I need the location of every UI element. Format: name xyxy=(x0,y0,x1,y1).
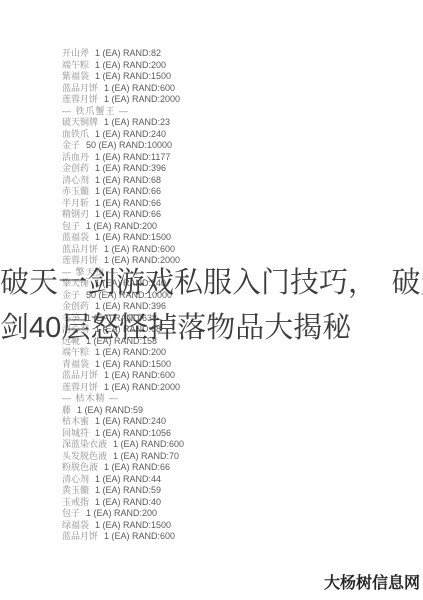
item-drop-value: 1 (EA) RAND:66 xyxy=(104,462,170,472)
item-drop-value: 1 (EA) RAND:240 xyxy=(95,129,166,139)
item-name: 藤 xyxy=(62,405,71,415)
article-page: 开山斧1 (EA) RAND:82端午粽1 (EA) RAND:200紫福袋1 … xyxy=(0,0,423,600)
item-drop-value: 1 (EA) RAND:59 xyxy=(77,405,143,415)
item-drop-value: 1 (EA) RAND:68 xyxy=(95,175,161,185)
drop-item-row: 蓝福袋1 (EA) RAND:1500 xyxy=(62,232,184,244)
item-name: 包子 xyxy=(62,221,80,231)
drop-item-row: 金子50 (EA) RAND:10000 xyxy=(62,140,184,152)
drop-item-row: 清心剂1 (EA) RAND:44 xyxy=(62,474,184,486)
item-drop-value: 1 (EA) RAND:66 xyxy=(95,186,161,196)
item-name: 蓝品月饼 xyxy=(62,83,98,93)
item-name: 活血丹 xyxy=(62,152,89,162)
item-drop-value: 1 (EA) RAND:2000 xyxy=(104,382,180,392)
drop-item-row: 蓝品月饼1 (EA) RAND:600 xyxy=(62,370,184,382)
drop-item-row: 精钢刃1 (EA) RAND:66 xyxy=(62,209,184,221)
drop-item-row: 破天铜牌1 (EA) RAND:23 xyxy=(62,117,184,129)
item-drop-value: 1 (EA) RAND:396 xyxy=(95,163,166,173)
monster-section-header: — 铁爪蟹王 — xyxy=(62,106,184,118)
drop-item-row: 活血丹1 (EA) RAND:1177 xyxy=(62,152,184,164)
drop-item-row: 开山斧1 (EA) RAND:82 xyxy=(62,48,184,60)
item-name: 青福袋 xyxy=(62,359,89,369)
item-drop-value: 1 (EA) RAND:44 xyxy=(95,474,161,484)
item-name: 精钢刃 xyxy=(62,209,89,219)
item-drop-value: 1 (EA) RAND:1500 xyxy=(95,359,171,369)
item-name: 金子 xyxy=(62,140,80,150)
item-name: 赤玉髓 xyxy=(62,186,89,196)
drop-item-row: 包子1 (EA) RAND:200 xyxy=(62,508,184,520)
article-title-line2: 剑40层怒怪掉落物品大揭秘 xyxy=(0,306,423,351)
item-drop-value: 1 (EA) RAND:2000 xyxy=(104,94,180,104)
item-drop-value: 1 (EA) RAND:200 xyxy=(86,508,157,518)
item-name: 深蓝染衣液 xyxy=(62,439,107,449)
item-name: 绿福袋 xyxy=(62,520,89,530)
item-drop-value: 1 (EA) RAND:200 xyxy=(95,60,166,70)
item-name: 开山斧 xyxy=(62,48,89,58)
drop-item-row: 粉脱色液1 (EA) RAND:66 xyxy=(62,462,184,474)
drop-item-row: 血铁爪1 (EA) RAND:240 xyxy=(62,129,184,141)
item-name: 头发脱色液 xyxy=(62,451,107,461)
drop-item-row: 青福袋1 (EA) RAND:1500 xyxy=(62,359,184,371)
item-drop-value: 1 (EA) RAND:600 xyxy=(113,439,184,449)
item-drop-value: 1 (EA) RAND:40 xyxy=(95,497,161,507)
item-drop-value: 1 (EA) RAND:66 xyxy=(95,209,161,219)
item-drop-value: 1 (EA) RAND:600 xyxy=(104,83,175,93)
item-name: 蓝品月饼 xyxy=(62,370,98,380)
drop-item-row: 赤玉髓1 (EA) RAND:66 xyxy=(62,186,184,198)
item-name: 莲蓉月饼 xyxy=(62,94,98,104)
drop-item-row: 包子1 (EA) RAND:200 xyxy=(62,221,184,233)
item-name: 粉脱色液 xyxy=(62,462,98,472)
item-drop-value: 1 (EA) RAND:59 xyxy=(95,485,161,495)
drop-item-row: 深蓝染衣液1 (EA) RAND:600 xyxy=(62,439,184,451)
item-name: 清心剂 xyxy=(62,175,89,185)
item-name: 蓝福袋 xyxy=(62,232,89,242)
item-drop-value: 1 (EA) RAND:1500 xyxy=(95,71,171,81)
item-drop-value: 1 (EA) RAND:1500 xyxy=(95,232,171,242)
item-name: 玉戒指 xyxy=(62,497,89,507)
item-drop-value: 1 (EA) RAND:82 xyxy=(95,48,161,58)
drop-item-row: 半月斩1 (EA) RAND:66 xyxy=(62,198,184,210)
drop-item-row: 紫福袋1 (EA) RAND:1500 xyxy=(62,71,184,83)
site-watermark: 大杨树信息网 xyxy=(324,570,420,593)
article-title-line1: 破天一剑游戏私服入门技巧， 破天一 xyxy=(0,261,423,306)
drop-item-row: 玉戒指1 (EA) RAND:40 xyxy=(62,497,184,509)
drop-item-row: 蓝品月饼1 (EA) RAND:600 xyxy=(62,83,184,95)
item-drop-value: 1 (EA) RAND:1056 xyxy=(95,428,171,438)
drop-item-row: 端午粽1 (EA) RAND:200 xyxy=(62,60,184,72)
drop-item-row: 莲蓉月饼1 (EA) RAND:2000 xyxy=(62,382,184,394)
item-name: 包子 xyxy=(62,508,80,518)
item-name: 黄玉髓 xyxy=(62,485,89,495)
item-drop-value: 1 (EA) RAND:1177 xyxy=(95,152,170,162)
item-name: 血铁爪 xyxy=(62,129,89,139)
drop-item-row: 头发脱色液1 (EA) RAND:70 xyxy=(62,451,184,463)
item-name: 回城符 xyxy=(62,428,89,438)
item-name: 枯木蜜 xyxy=(62,416,89,426)
item-name: 蓝品月饼 xyxy=(62,531,98,541)
article-title: 破天一剑游戏私服入门技巧， 破天一 剑40层怒怪掉落物品大揭秘 xyxy=(0,261,423,351)
item-drop-value: 1 (EA) RAND:600 xyxy=(104,244,175,254)
item-drop-value: 50 (EA) RAND:10000 xyxy=(86,140,172,150)
item-name: 莲蓉月饼 xyxy=(62,382,98,392)
drop-item-row: 蓝品月饼1 (EA) RAND:600 xyxy=(62,244,184,256)
item-drop-value: 1 (EA) RAND:66 xyxy=(95,198,161,208)
drop-item-row: 枯木蜜1 (EA) RAND:240 xyxy=(62,416,184,428)
item-drop-value: 1 (EA) RAND:240 xyxy=(95,416,166,426)
item-name: 蓝品月饼 xyxy=(62,244,98,254)
item-drop-value: 1 (EA) RAND:70 xyxy=(113,451,179,461)
drop-item-row: 蓝品月饼1 (EA) RAND:600 xyxy=(62,531,184,543)
item-drop-value: 1 (EA) RAND:600 xyxy=(104,370,175,380)
drop-item-row: 莲蓉月饼1 (EA) RAND:2000 xyxy=(62,94,184,106)
drop-item-row: 回城符1 (EA) RAND:1056 xyxy=(62,428,184,440)
drop-item-row: 清心剂1 (EA) RAND:68 xyxy=(62,175,184,187)
item-drop-value: 1 (EA) RAND:200 xyxy=(86,221,157,231)
drop-item-row: 黄玉髓1 (EA) RAND:59 xyxy=(62,485,184,497)
drop-item-row: 藤1 (EA) RAND:59 xyxy=(62,405,184,417)
item-name: 金创药 xyxy=(62,163,89,173)
item-name: 紫福袋 xyxy=(62,71,89,81)
item-drop-value: 1 (EA) RAND:23 xyxy=(104,117,170,127)
item-drop-value: 1 (EA) RAND:1500 xyxy=(95,520,171,530)
item-name: 破天铜牌 xyxy=(62,117,98,127)
item-name: 清心剂 xyxy=(62,474,89,484)
item-drop-value: 1 (EA) RAND:600 xyxy=(104,531,175,541)
drop-item-row: 金创药1 (EA) RAND:396 xyxy=(62,163,184,175)
drop-item-row: 绿福袋1 (EA) RAND:1500 xyxy=(62,520,184,532)
item-name: 端午粽 xyxy=(62,60,89,70)
item-name: 半月斩 xyxy=(62,198,89,208)
monster-section-header: — 枯木精 — xyxy=(62,393,184,405)
